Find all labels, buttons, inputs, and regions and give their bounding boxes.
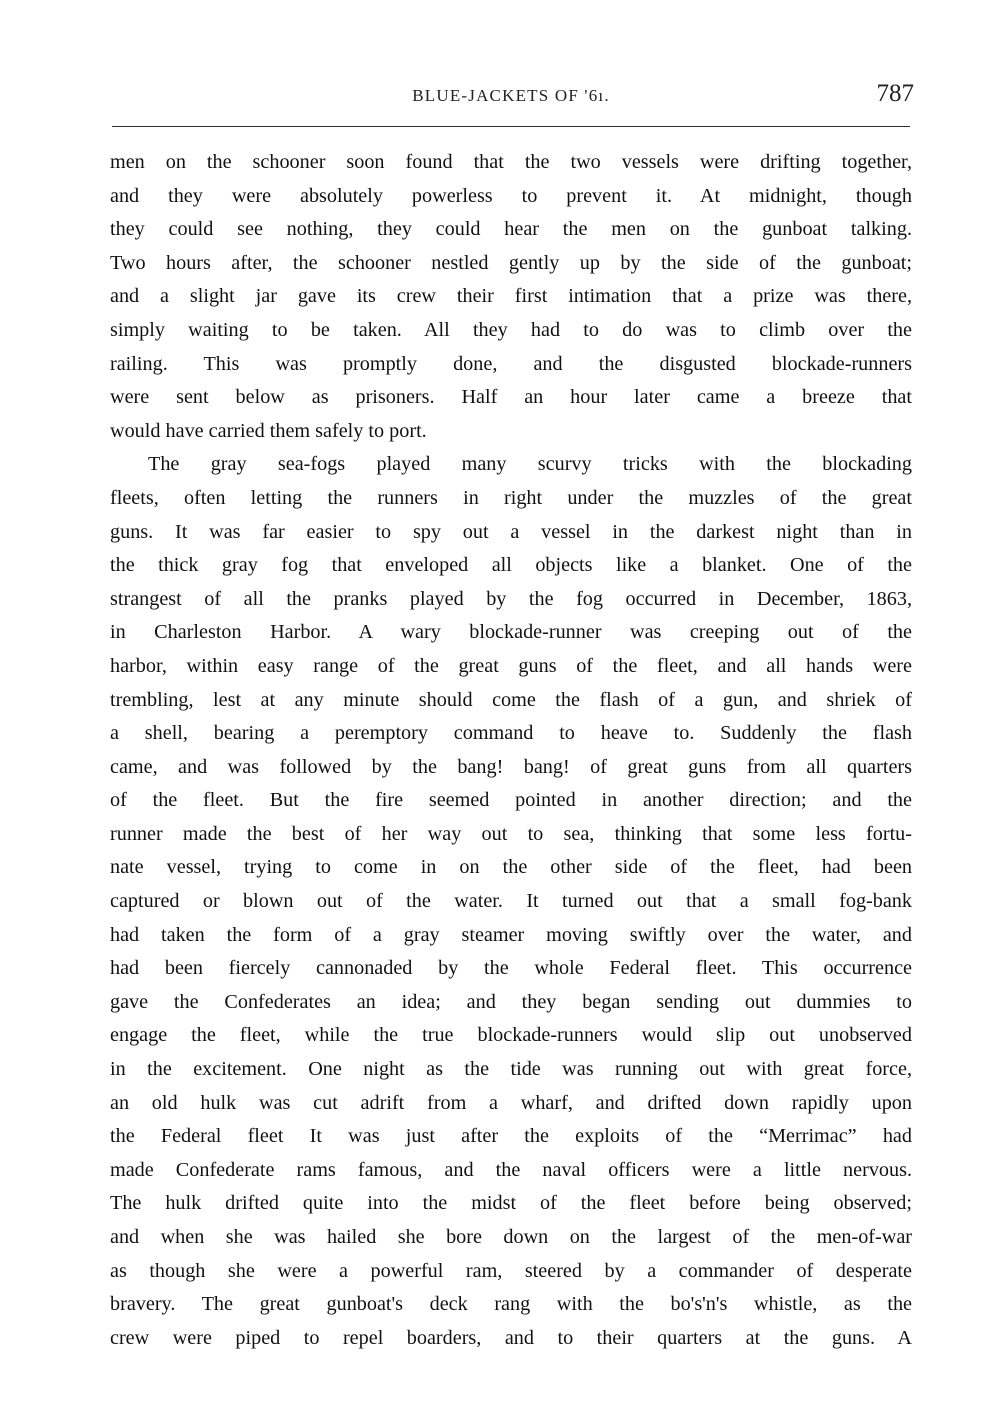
text-line: The hulk drifted quite into the midst of…: [110, 1187, 912, 1221]
text-line: railing. This was promptly done, and the…: [110, 348, 912, 382]
text-line: trembling, lest at any minute should com…: [110, 684, 912, 718]
body-text: men on the schooner soon found that the …: [110, 146, 912, 1355]
header-rule: [112, 126, 910, 127]
text-line: guns. It was far easier to spy out a ves…: [110, 516, 912, 550]
text-line: they could see nothing, they could hear …: [110, 213, 912, 247]
text-line: strangest of all the pranks played by th…: [110, 583, 912, 617]
book-page: BLUE-JACKETS OF '6ı. 787 men on the scho…: [0, 0, 1000, 1407]
text-line: crew were piped to repel boarders, and t…: [110, 1322, 912, 1356]
text-line: as though she were a powerful ram, steer…: [110, 1255, 912, 1289]
text-line: the Federal fleet It was just after the …: [110, 1120, 912, 1154]
running-title: BLUE-JACKETS OF '6ı.: [110, 86, 912, 106]
text-line: and a slight jar gave its crew their fir…: [110, 280, 912, 314]
text-line: a shell, bearing a peremptory command to…: [110, 717, 912, 751]
paragraph-1: men on the schooner soon found that the …: [110, 146, 912, 448]
text-line: in the excitement. One night as the tide…: [110, 1053, 912, 1087]
text-line: harbor, within easy range of the great g…: [110, 650, 912, 684]
text-line: runner made the best of her way out to s…: [110, 818, 912, 852]
text-line: nate vessel, trying to come in on the ot…: [110, 851, 912, 885]
page-number: 787: [877, 80, 915, 108]
text-line: bravery. The great gunboat's deck rang w…: [110, 1288, 912, 1322]
text-line: simply waiting to be taken. All they had…: [110, 314, 912, 348]
text-line: had been fiercely cannonaded by the whol…: [110, 952, 912, 986]
paragraph-2: The gray sea-fogs played many scurvy tri…: [110, 448, 912, 1355]
text-line: had taken the form of a gray steamer mov…: [110, 919, 912, 953]
text-line: of the fleet. But the fire seemed pointe…: [110, 784, 912, 818]
text-line: made Confederate rams famous, and the na…: [110, 1154, 912, 1188]
text-line: in Charleston Harbor. A wary blockade-ru…: [110, 616, 912, 650]
text-line: captured or blown out of the water. It t…: [110, 885, 912, 919]
text-line: gave the Confederates an idea; and they …: [110, 986, 912, 1020]
text-line: and they were absolutely powerless to pr…: [110, 180, 912, 214]
running-head: BLUE-JACKETS OF '6ı. 787: [110, 82, 912, 112]
text-line: came, and was followed by the bang! bang…: [110, 751, 912, 785]
text-line: Two hours after, the schooner nestled ge…: [110, 247, 912, 281]
text-line: were sent below as prisoners. Half an ho…: [110, 381, 912, 415]
text-line: engage the fleet, while the true blockad…: [110, 1019, 912, 1053]
text-line: men on the schooner soon found that the …: [110, 146, 912, 180]
text-line: an old hulk was cut adrift from a wharf,…: [110, 1087, 912, 1121]
text-line: fleets, often letting the runners in rig…: [110, 482, 912, 516]
text-line: and when she was hailed she bore down on…: [110, 1221, 912, 1255]
text-line: would have carried them safely to port.: [110, 415, 912, 449]
text-line: the thick gray fog that enveloped all ob…: [110, 549, 912, 583]
text-line: The gray sea-fogs played many scurvy tri…: [110, 448, 912, 482]
